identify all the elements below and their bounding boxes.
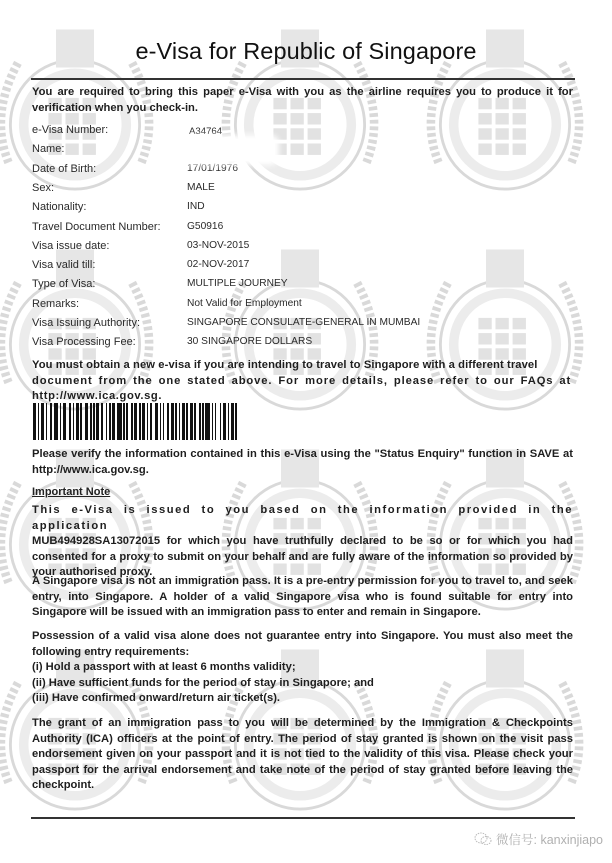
field-label: e-Visa Number:: [32, 124, 182, 136]
new-visa-notice: You must obtain a new e-visa if you are …: [32, 358, 573, 405]
issued-notice: This e-Visa is issued to you based on th…: [32, 503, 573, 581]
top-divider: [31, 78, 575, 80]
field-value: G50916: [187, 221, 223, 232]
intro-notice: You are required to bring this paper e-V…: [32, 85, 573, 116]
field-value: Not Valid for Employment: [187, 298, 302, 309]
field-label: Visa issue date:: [32, 240, 182, 252]
ica-link[interactable]: http://www.ica.gov.sg.: [32, 390, 162, 402]
requirement-item: (iii) Have confirmed onward/return air t…: [32, 691, 573, 707]
field-label: Name:: [32, 143, 182, 155]
not-immigration-pass-notice: A Singapore visa is not an immigration p…: [32, 574, 573, 621]
field-value: IND: [187, 201, 205, 212]
field-value: MULTIPLE JOURNEY: [187, 278, 288, 289]
field-label: Travel Document Number:: [32, 221, 182, 233]
field-label: Sex:: [32, 182, 182, 194]
field-value: 03-NOV-2015: [187, 240, 249, 251]
verify-notice: Please verify the information contained …: [32, 447, 573, 478]
wechat-icon: [474, 832, 492, 846]
document-title: e-Visa for Republic of Singapore: [0, 38, 612, 65]
field-label: Remarks:: [32, 298, 182, 310]
barcode: [33, 403, 240, 440]
issued-notice-rest: MUB494928SA13072015 for which you have t…: [32, 535, 573, 578]
field-label: Date of Birth:: [32, 163, 182, 175]
possession-notice: Possession of a valid visa alone does no…: [32, 629, 573, 707]
field-value: A34764: [189, 126, 222, 137]
field-label: Visa Processing Fee:: [32, 336, 182, 348]
issued-notice-line-1: This e-Visa is issued to you based on th…: [32, 504, 573, 532]
new-visa-line-1: You must obtain a new e-visa if you are …: [32, 359, 537, 371]
field-value: 17/01/1976: [187, 163, 238, 174]
bottom-divider: [31, 817, 575, 819]
grant-notice: The grant of an immigration pass to you …: [32, 716, 573, 794]
field-value: MALE: [187, 182, 215, 193]
field-label: Visa valid till:: [32, 259, 182, 271]
wechat-label: 微信号: kanxinjiapo: [496, 830, 603, 848]
requirement-item: (ii) Have sufficient funds for the perio…: [32, 676, 573, 692]
field-value: SINGAPORE CONSULATE-GENERAL IN MUMBAI: [187, 317, 420, 328]
new-visa-line-2: document from the one stated above. For …: [32, 375, 571, 387]
possession-text: Possession of a valid visa alone does no…: [32, 630, 573, 658]
name-redaction: [185, 139, 275, 161]
field-label: Visa Issuing Authority:: [32, 317, 182, 329]
requirement-item: (i) Hold a passport with at least 6 mont…: [32, 660, 573, 676]
field-value: 30 SINGAPORE DOLLARS: [187, 336, 312, 347]
important-note-heading: Important Note: [32, 486, 110, 498]
field-value: 02-NOV-2017: [187, 259, 249, 270]
evisa-document: e-Visa for Republic of Singapore You are…: [0, 0, 612, 863]
field-label: Type of Visa:: [32, 278, 182, 290]
field-label: Nationality:: [32, 201, 182, 213]
wechat-watermark: 微信号: kanxinjiapo: [474, 830, 603, 848]
